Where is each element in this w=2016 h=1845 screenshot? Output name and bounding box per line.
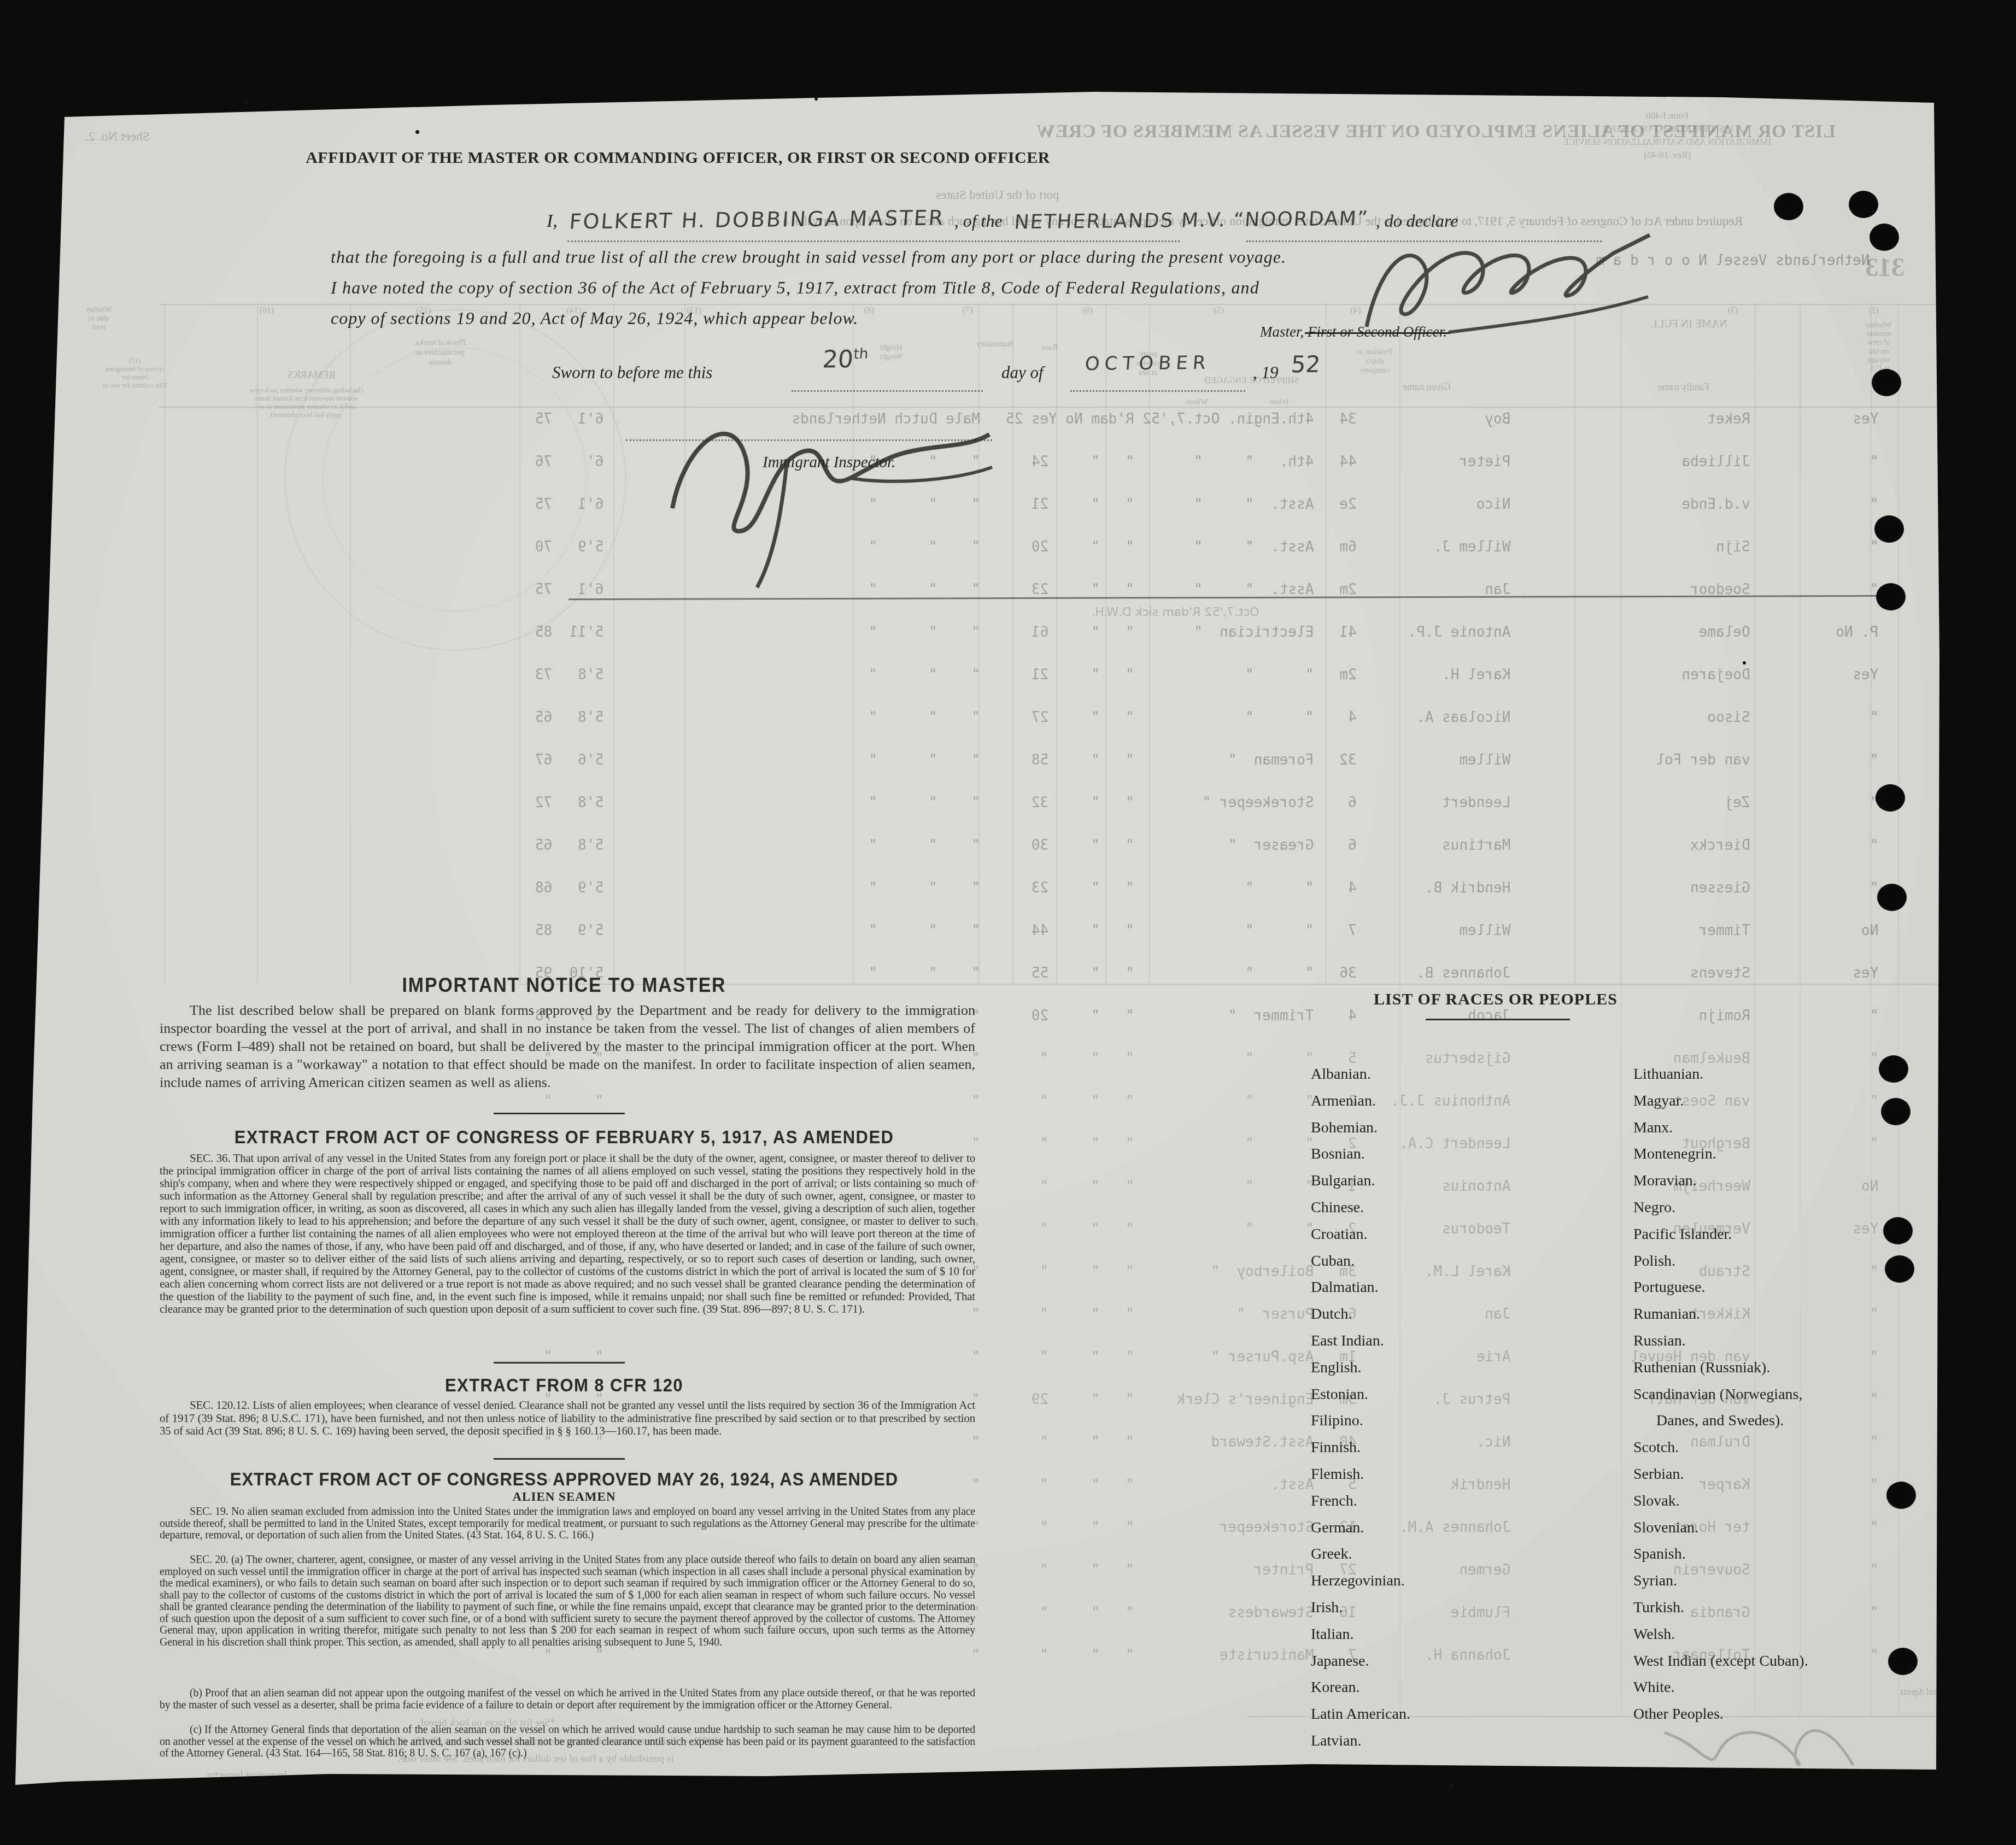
year-printed: , 19 — [1253, 363, 1279, 383]
bleed-column-line — [1621, 984, 1622, 1716]
bleed-fragment: (16) — [245, 306, 289, 316]
punch-hole — [1876, 583, 1906, 610]
race-item: Danes, and Swedes). — [1656, 1412, 1784, 1430]
punch-hole — [1872, 369, 1901, 396]
bleed-column-line — [613, 304, 614, 984]
bleed-column-line — [1755, 304, 1756, 984]
bleed-column-line — [257, 304, 258, 984]
affidavit-line4: copy of sections 19 and 20, Act of May 2… — [331, 308, 858, 328]
race-item: Manx. — [1633, 1119, 1673, 1137]
of-the-label: , of the — [954, 211, 1003, 231]
bleed-fragment: (17) Action of Immigrant Inspector This … — [61, 356, 209, 389]
bleed-fragment: REMARKS — [251, 369, 372, 380]
race-item: Lithuanian. — [1633, 1066, 1703, 1083]
bleed-fragment: No. on list — [1953, 326, 1985, 354]
bleed-fragment: Physical marks, peculiarities or disease — [377, 338, 503, 367]
extract-1924-subtitle: ALIEN SEAMEN — [236, 1490, 892, 1504]
bleed-crew-row: 10 " Zej Leendert 6 Storekeeper " " " 32… — [519, 795, 1990, 811]
bleed-crew-row: 6 P. No Oelame Antonie J.P. 41 Electrici… — [519, 624, 1990, 641]
race-item: Negro. — [1633, 1199, 1675, 1217]
race-item: Dalmatian. — [1311, 1279, 1379, 1296]
race-item: Flemish. — [1311, 1466, 1364, 1483]
races-title-underline — [1426, 1019, 1570, 1020]
master-label: Master, — [1260, 324, 1304, 340]
race-item: Bohemian. — [1311, 1119, 1378, 1137]
bleed-crew-row: 17 " van Soest Anthonius J.J. 2 " " " " … — [519, 1093, 1990, 1109]
bleed-fragment: Family name — [1624, 381, 1744, 392]
month-dotted-line — [1070, 390, 1245, 392]
extract-cfr-body: SEC. 120.12. Lists of alien employees; w… — [160, 1399, 975, 1438]
punch-hole — [1886, 1482, 1916, 1509]
race-item: Herzegovinian. — [1311, 1572, 1405, 1590]
bleed-crew-row: 9 " van der Fol Willem 32 Foreman " " " … — [519, 752, 1990, 768]
race-item: Spanish. — [1633, 1546, 1686, 1563]
bleed-required-line2: port of the United States — [907, 188, 1088, 202]
inspector-label: Immigrant Inspector. — [763, 454, 895, 472]
year-handwritten: 52 — [1290, 351, 1321, 378]
bleed-fragment: Immigrant Inspector. — [156, 1770, 336, 1781]
race-item: Pacific Islander. — [1633, 1226, 1732, 1243]
struck-officer-text: First or Second Officer. — [1308, 324, 1447, 340]
bleed-crew-row: 7 Yes Doejaren Karel H. 2m " " " " 21 " … — [519, 667, 1990, 683]
scanned-document-screenshot: LIST OR MANIFEST OF ALIENS EMPLOYED ON T… — [0, 0, 2016, 1845]
race-item: Magyar. — [1633, 1092, 1684, 1110]
month-handwritten: OCTOBER — [1084, 352, 1211, 375]
notice-body: The list described below shall be prepar… — [160, 1001, 975, 1091]
affidavit-line3: I have noted the copy of section 36 of t… — [331, 278, 1259, 298]
affidavit-intro-line: I, FOLKERT H. DOBBINGA MASTER , of the N… — [547, 208, 1458, 232]
bleed-fragment: (6) — [1071, 306, 1104, 316]
bleed-column-line — [1105, 304, 1106, 984]
races-title: LIST OF RACES OR PEOPLES — [1332, 990, 1660, 1009]
bleed-fragment: (1) — [1946, 306, 1979, 316]
race-item: Scotch. — [1633, 1439, 1679, 1456]
punch-hole — [1879, 1055, 1908, 1083]
race-item: Filipino. — [1311, 1412, 1363, 1430]
punch-hole — [1881, 1098, 1910, 1125]
master-officer-label: Master, First or Second Officer. — [1260, 324, 1447, 340]
bleed-crew-row: 11 " Dierckx Martinus 6 Greaser " " " 30… — [519, 837, 1990, 854]
bleed-column-line — [1991, 984, 1992, 1716]
race-item: Finnish. — [1311, 1439, 1361, 1456]
bleed-fragment: Position in ship's company — [1328, 348, 1421, 375]
bleed-fragment: (Including antiserae; whether such crew … — [191, 386, 421, 419]
race-item: Syrian. — [1633, 1572, 1677, 1590]
bleed-column-line — [1574, 304, 1575, 984]
extract-1924-title: EXTRACT FROM ACT OF CONGRESS APPROVED MA… — [179, 1469, 950, 1490]
bleed-fragment: Given name — [1372, 381, 1481, 392]
bleed-column-line — [1800, 304, 1801, 984]
divider-1 — [494, 1113, 625, 1114]
bleed-column-line — [1399, 304, 1400, 984]
punch-hole — [1876, 784, 1905, 812]
bleed-column-line — [1991, 304, 1992, 984]
punch-hole — [1870, 224, 1899, 251]
inspector-dotted-line — [626, 439, 992, 441]
race-item: Ruthenian (Russniak). — [1633, 1359, 1770, 1377]
punch-hole — [1888, 1648, 1918, 1675]
bleed-column-line — [1871, 984, 1872, 1716]
bleed-row-line — [159, 304, 1992, 305]
extract-1917-body: SEC. 36. That upon arrival of any vessel… — [160, 1152, 975, 1315]
race-item: Bosnian. — [1311, 1145, 1365, 1163]
race-item: Dutch. — [1311, 1306, 1352, 1323]
race-item: Montenegrin. — [1633, 1145, 1716, 1163]
bleed-fragment: Race — [1028, 343, 1071, 352]
bleed-column-line — [1621, 304, 1622, 984]
bleed-column-line — [1964, 984, 1965, 1716]
bleed-row5-handwritten-note: Oct.7,'52 R'dam sick D.W.H. — [929, 606, 1421, 619]
race-item: Armenian. — [1311, 1092, 1376, 1110]
bleed-fragment: (2) — [1857, 306, 1890, 316]
race-item: Latin American. — [1311, 1706, 1410, 1723]
bleed-fragment: Whether member of crew on last voyage to… — [1843, 321, 1914, 374]
ink-speck — [1743, 661, 1746, 665]
race-item: Estonian. — [1311, 1386, 1368, 1403]
intro-prefix: I, — [547, 211, 558, 231]
race-item: Chinese. — [1311, 1199, 1364, 1217]
bleed-column-line — [1399, 984, 1400, 1716]
bleed-column-line — [1755, 984, 1756, 1716]
race-item: Korean. — [1311, 1679, 1359, 1696]
bleed-fragment: Whether able to read — [69, 306, 129, 332]
race-item: Moravian. — [1633, 1172, 1697, 1190]
divider-2 — [494, 1362, 625, 1364]
bleed-crew-row: 13 No Timmer Willem 7 " " " " 44 " " " 5… — [519, 922, 1990, 939]
race-item: Croatian. — [1311, 1226, 1367, 1243]
bleed-fragment: (3) — [1716, 306, 1749, 316]
punch-hole — [1883, 1217, 1913, 1244]
punch-hole — [1874, 515, 1904, 543]
bleed-fragment: Where — [1170, 398, 1224, 407]
extract-1917-title: EXTRACT FROM ACT OF CONGRESS OF FEBRUARY… — [179, 1127, 950, 1148]
race-item: German. — [1311, 1519, 1364, 1537]
extract-1924-sec20a: SEC. 20. (a) The owner, charterer, agent… — [160, 1554, 975, 1648]
race-item: Italian. — [1311, 1626, 1354, 1643]
vessel-name-handwritten: NETHERLANDS M.V. “NOORDAM” — [1013, 208, 1369, 234]
punch-hole — [1877, 884, 1907, 911]
extract-1924-sec20c: (c) If the Attorney General finds that d… — [160, 1724, 975, 1760]
bleed-fragment: (5) — [1203, 306, 1235, 316]
race-item: English. — [1311, 1359, 1362, 1377]
race-item: Russian. — [1633, 1332, 1686, 1350]
race-item: Irish. — [1311, 1599, 1343, 1617]
affidavit-title: AFFIDAVIT OF THE MASTER OR COMMANDING OF… — [235, 149, 1121, 167]
divider-3 — [494, 1458, 625, 1460]
race-item: Bulgarian. — [1311, 1172, 1375, 1190]
bleed-column-line — [1964, 304, 1965, 984]
ink-speck — [1449, 1783, 1454, 1788]
ink-speck — [244, 100, 249, 104]
race-item: Serbian. — [1633, 1466, 1684, 1483]
bleed-fragment: When — [1252, 398, 1306, 407]
bleed-column-line — [1898, 984, 1899, 1716]
notice-title: IMPORTANT NOTICE TO MASTER — [256, 974, 872, 997]
extract-1924-sec19: SEC. 19. No alien seaman excluded from a… — [160, 1506, 975, 1542]
race-item: Latvian. — [1311, 1732, 1362, 1750]
name-dotted-line — [567, 240, 1180, 242]
race-item: Cuban. — [1311, 1253, 1355, 1270]
bleed-column-line — [1326, 304, 1327, 984]
bleed-column-line — [1056, 304, 1057, 984]
ink-speck — [415, 130, 419, 134]
race-item: Slovak. — [1633, 1493, 1680, 1510]
punch-hole — [1849, 191, 1878, 218]
inspector-signature — [650, 355, 1000, 590]
bleed-fragment: Form I-480 U.S. DEPARTMENT OF JUSTICE IM… — [1525, 109, 1809, 162]
race-item: Scandinavian (Norwegians, — [1633, 1386, 1802, 1403]
race-item: Slovenian. — [1633, 1519, 1698, 1537]
bleed-column-line — [519, 304, 520, 984]
bleed-fragment: General Agents — [1859, 1688, 1995, 1697]
bleed-column-line — [164, 304, 165, 984]
bleed-row-line — [159, 407, 1992, 408]
race-item: West Indian (except Cuban). — [1633, 1653, 1808, 1670]
bleed-column-line — [350, 304, 351, 984]
affidavit-line2: that the foregoing is a full and true li… — [331, 247, 1286, 267]
race-item: Greek. — [1311, 1546, 1352, 1563]
race-item: French. — [1311, 1493, 1357, 1510]
bleed-column-line — [1898, 304, 1899, 984]
race-item: Turkish. — [1633, 1599, 1684, 1617]
bleed-fragment: Sheet No. 2. — [55, 129, 180, 144]
extract-1924-sec20b: (b) Proof that an alien seaman did not a… — [160, 1688, 975, 1711]
master-name-handwritten: FOLKERT H. DOBBINGA MASTER — [569, 205, 946, 233]
ink-speck — [814, 97, 818, 101]
bleed-column-line — [1149, 304, 1150, 984]
bleed-column-line — [1800, 984, 1801, 1716]
bleed-crew-row: 12 " Giessen Hendrik B. 4 " " " " 23 " "… — [519, 880, 1990, 896]
race-item: Other Peoples. — [1633, 1706, 1724, 1723]
bleed-crew-row: 8 " Sisoo Nicolaas A. 4 " " " " 27 " " "… — [519, 709, 1990, 726]
bleed-column-line — [1871, 304, 1872, 984]
race-item: White. — [1633, 1679, 1674, 1696]
day-of-label: day of — [1001, 363, 1044, 383]
extract-cfr-title: EXTRACT FROM 8 CFR 120 — [256, 1375, 872, 1396]
race-item: Welsh. — [1633, 1626, 1675, 1643]
punch-hole — [1774, 193, 1803, 220]
race-item: Albanian. — [1311, 1066, 1371, 1083]
bleed-column-line — [1012, 304, 1013, 984]
race-item: East Indian. — [1311, 1332, 1384, 1350]
punch-hole — [1885, 1255, 1914, 1283]
paper-sheet: LIST OR MANIFEST OF ALIENS EMPLOYED ON T… — [0, 0, 2016, 1845]
race-item: Japanese. — [1311, 1653, 1369, 1670]
race-item: Polish. — [1633, 1253, 1675, 1270]
race-item: Portuguese. — [1633, 1279, 1705, 1296]
race-item: Rumanian. — [1633, 1306, 1700, 1323]
